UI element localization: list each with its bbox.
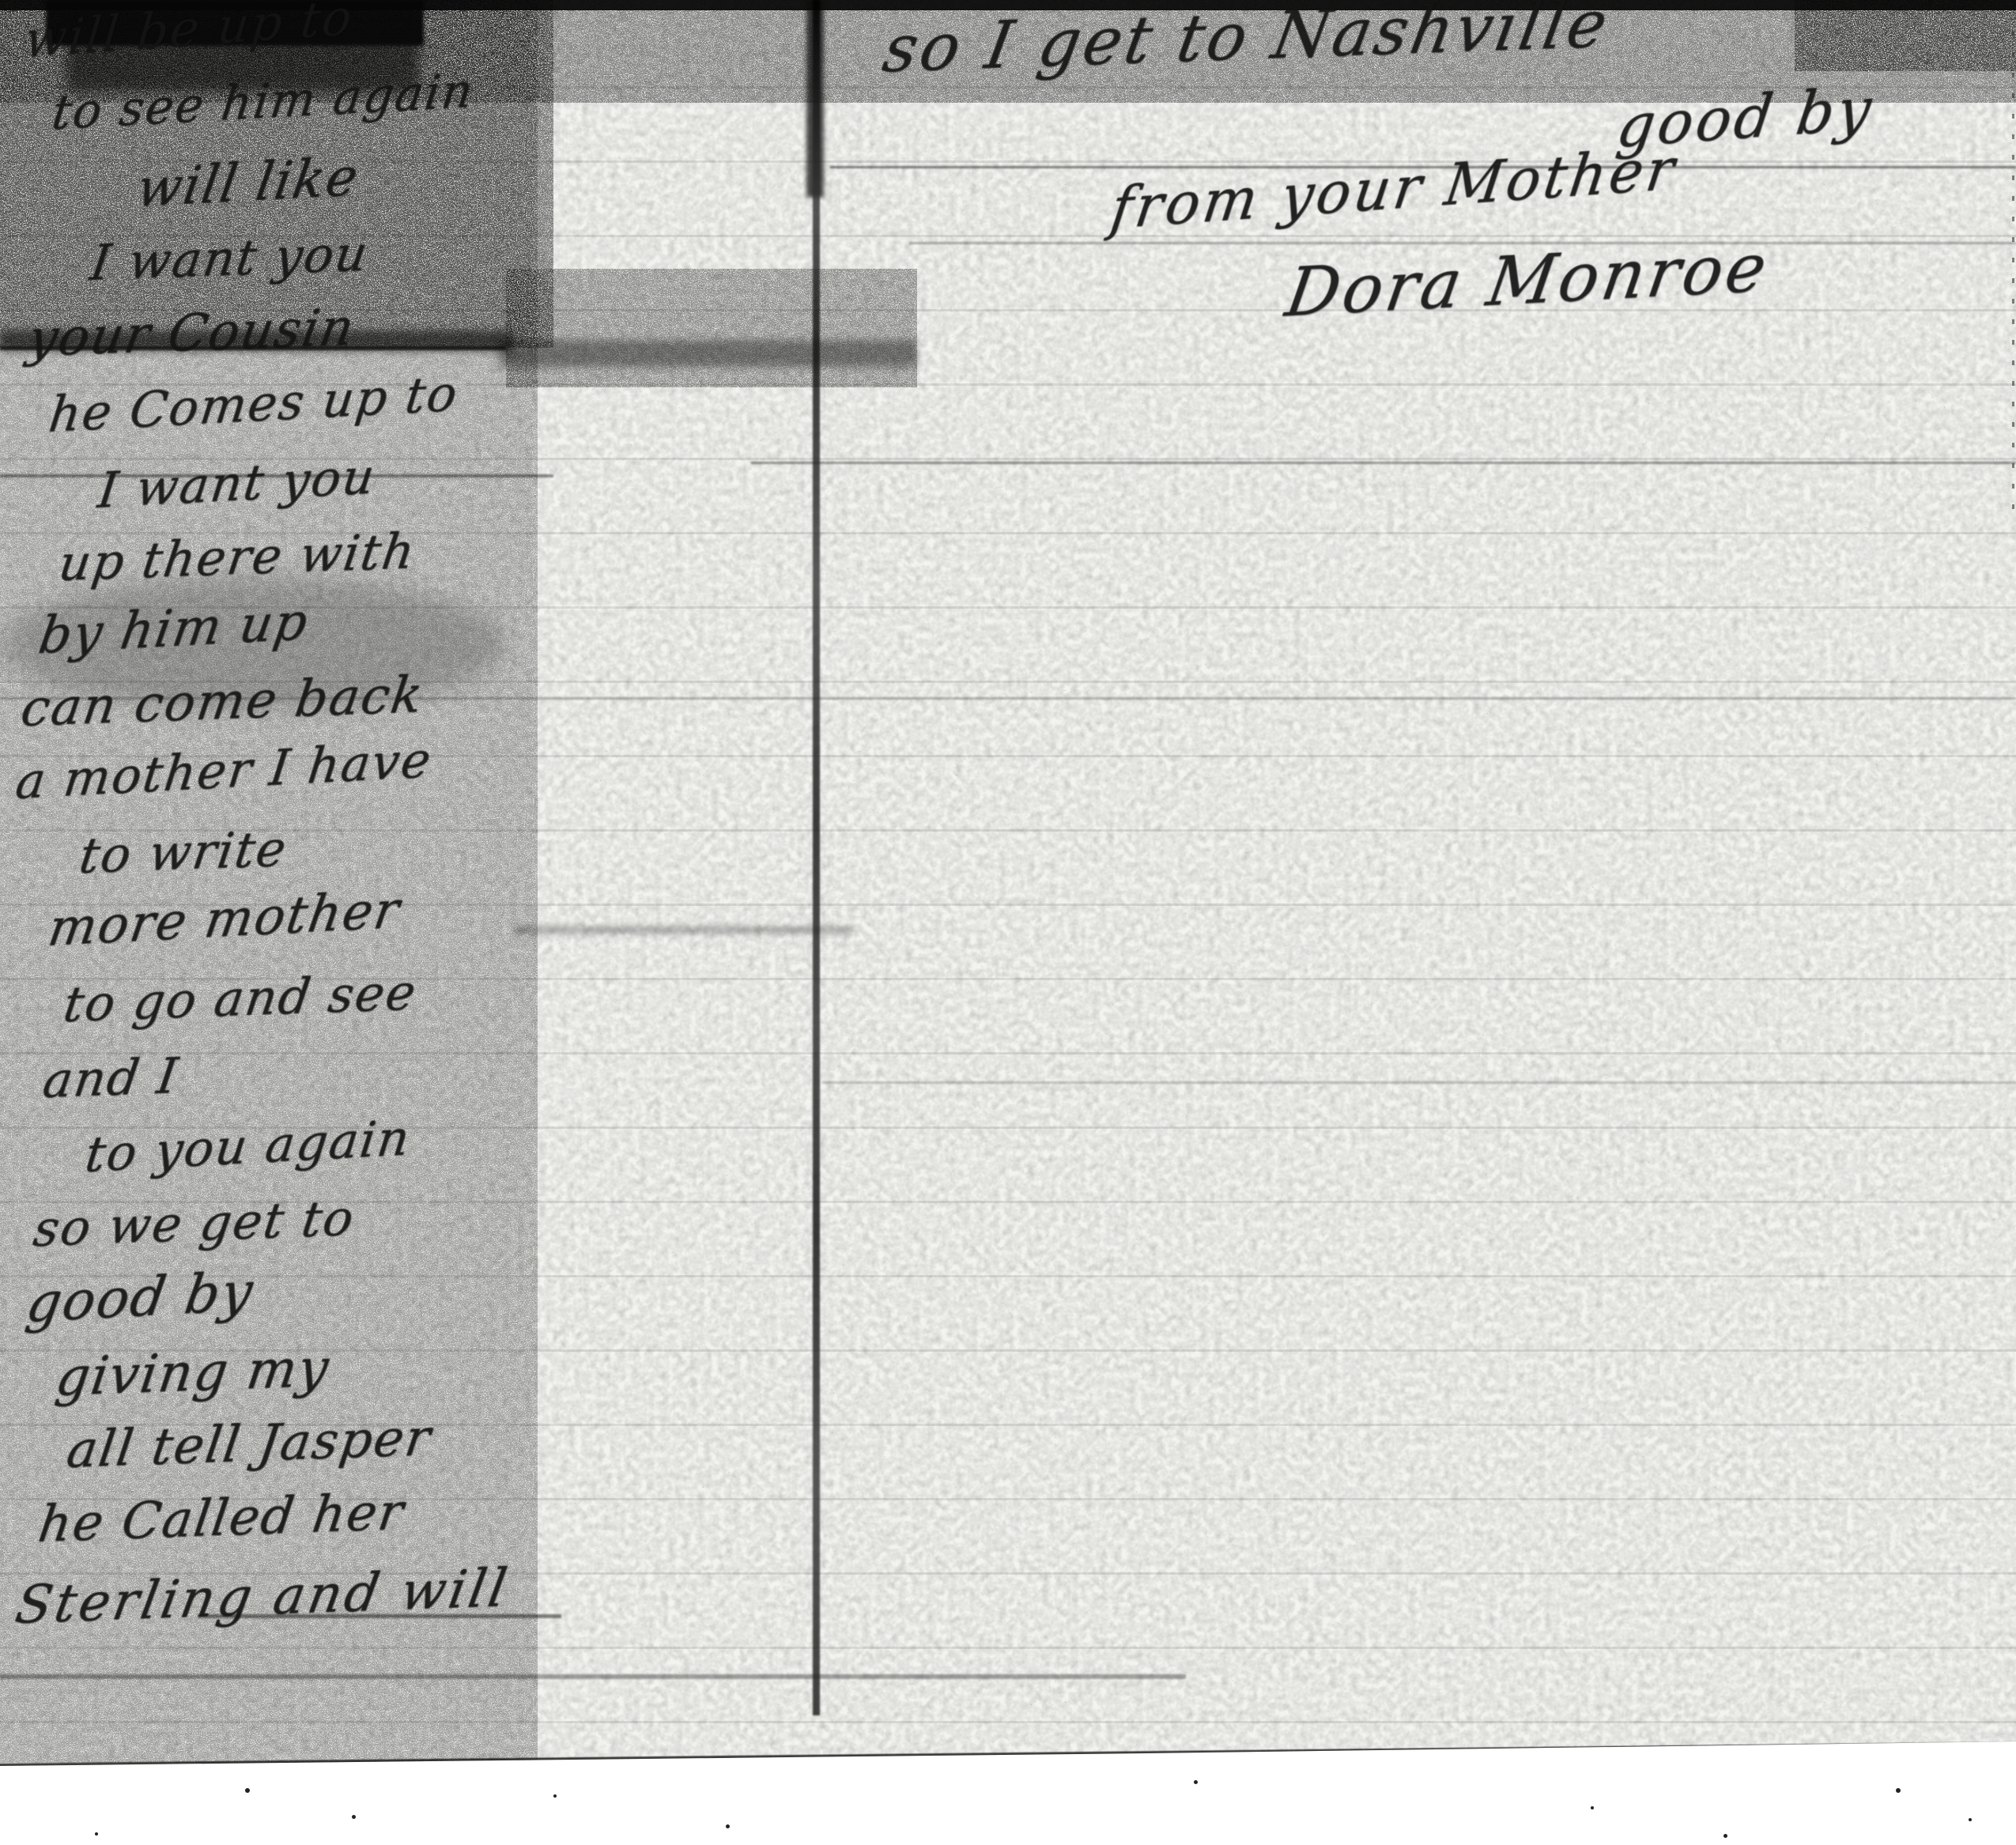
handwriting-line: and I [40,1047,183,1109]
scan-speck [245,1788,250,1793]
scan-speck [1896,1788,1901,1793]
handwriting-line: giving my [52,1338,334,1408]
handwriting-line: your Cousin [24,298,360,368]
scan-edge-dots [2012,32,2014,522]
handwriting-line: so we get to [30,1188,359,1258]
ink-streak [751,462,2016,464]
scan-speck [95,1832,98,1836]
handwriting-line: will like [133,146,364,219]
handwriting-line: to write [76,819,291,885]
scan-speck [1591,1806,1594,1809]
scanned-letter: will be up to to see him again will like… [0,0,2016,1845]
handwriting-line: good by [22,1260,259,1335]
ink-streak [514,926,854,934]
ink-streak [909,242,2016,244]
ink-streak [0,1674,1186,1679]
scan-speck [726,1824,730,1828]
toner-smear [498,340,917,367]
scan-speck [1723,1834,1727,1838]
ink-streak [822,1081,2016,1084]
scan-speck [553,1794,557,1798]
scan-speck [1969,1818,1972,1821]
paper-sheet: will be up to to see him again will like… [0,0,2016,1845]
handwriting-line: I want you [87,224,372,292]
page-fold-line [813,0,820,1715]
scan-speck [1194,1780,1198,1784]
scan-speck [352,1815,356,1819]
